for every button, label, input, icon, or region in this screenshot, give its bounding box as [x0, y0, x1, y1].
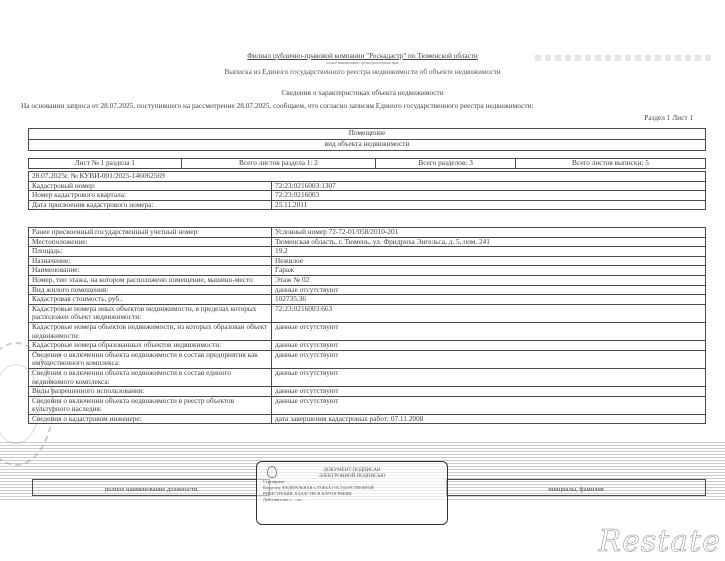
row-label: Кадастровая стоимость, руб.: — [29, 295, 272, 305]
emblem-icon — [267, 466, 277, 478]
table-row: Кадастровые номера иных объектов недвижи… — [29, 304, 706, 322]
row-value: данные отсутствуют — [272, 387, 706, 397]
extract-page: Филиал публично-правовой компании "Роска… — [0, 0, 725, 561]
row-label: Местоположение: — [29, 237, 272, 247]
section-title: Сведения о характеристиках объекта недви… — [0, 88, 725, 97]
table-row: Сведения о включении объекта недвижимост… — [29, 396, 706, 414]
stamp-line-1: ДОКУМЕНТ ПОДПИСАН — [257, 468, 447, 473]
table-row: Площадь:19.2 — [29, 247, 706, 257]
row-label: Сведения о включении объекта недвижимост… — [29, 350, 272, 368]
table-row: Назначение:Нежилое — [29, 256, 706, 266]
row-label: Ранее присвоенный государственный учетны… — [29, 228, 272, 238]
name-caption: инициалы, фамилия — [447, 480, 706, 496]
table-row: Номер, тип этажа, на котором расположено… — [29, 275, 706, 285]
table-row: Кадастровый номер:72:23:0216003:1307 — [29, 181, 706, 191]
identification-table: 28.07.2025г. № КУВИ-001/2025-146062569 К… — [28, 171, 706, 210]
row-value: данные отсутствуют — [272, 350, 706, 368]
table-row: Дата присвоения кадастрового номера:25.1… — [29, 200, 706, 210]
intro-text: На основании запроса от 28.07.2025, пост… — [21, 101, 533, 110]
table-row: Кадастровые номера образованных объектов… — [29, 341, 706, 351]
request-number: 28.07.2025г. № КУВИ-001/2025-146062569 — [29, 172, 706, 182]
row-value: Гараж — [272, 266, 706, 276]
row-value: данные отсутствуют — [272, 396, 706, 414]
electronic-signature-stamp: ДОКУМЕНТ ПОДПИСАН ЭЛЕКТРОННОЙ ПОДПИСЬЮ С… — [256, 461, 448, 525]
document-title: Выписка из Единого государственного реес… — [0, 67, 725, 76]
row-label: Виды разрешенного использования: — [29, 387, 272, 397]
row-value: Тюменская область, г. Тюмень, ул. Фридри… — [272, 237, 706, 247]
position-caption: полное наименование должности — [33, 480, 270, 496]
row-value: 102735.36 — [272, 295, 706, 305]
row-label: Кадастровые номера объектов недвижимости… — [29, 322, 272, 340]
object-type-table: Помещение вид объекта недвижимости — [28, 128, 706, 151]
table-row: Номер кадастрового квартала:72:23:021600… — [29, 191, 706, 201]
table-row: Кадастровая стоимость, руб.:102735.36 — [29, 295, 706, 305]
row-label: Площадь: — [29, 247, 272, 257]
table-row: Ранее присвоенный государственный учетны… — [29, 228, 706, 238]
characteristics-table: Ранее присвоенный государственный учетны… — [28, 227, 706, 424]
sheet-meta-table: Лист № 1 раздела 1 Всего листов раздела … — [28, 158, 706, 169]
object-type-caption: вид объекта недвижимости — [29, 140, 706, 151]
row-value: Нежилое — [272, 256, 706, 266]
restate-watermark: Restate — [599, 524, 722, 559]
row-value: Условный номер 72-72-01/058/2010-201 — [272, 228, 706, 238]
row-value: Этаж № 02 — [272, 275, 706, 285]
table-row: Сведения о включении объекта недвижимост… — [29, 368, 706, 386]
row-value: данные отсутствуют — [272, 285, 706, 295]
row-value: данные отсутствуют — [272, 368, 706, 386]
row-value: 72:23:0216003:1307 — [272, 181, 706, 191]
extract-sheets-total: Всего листов выписки: 5 — [515, 159, 705, 169]
row-label: Кадастровые номера образованных объектов… — [29, 341, 272, 351]
table-row: Сведения о включении объекта недвижимост… — [29, 350, 706, 368]
row-label: Номер, тип этажа, на котором расположено… — [29, 275, 272, 285]
row-label: Номер кадастрового квартала: — [29, 191, 272, 201]
row-value: 19.2 — [272, 247, 706, 257]
row-label: Сведения о кадастровом инженере: — [29, 414, 272, 424]
row-label: Дата присвоения кадастрового номера: — [29, 200, 272, 210]
row-value: данные отсутствуют — [272, 322, 706, 340]
row-label: Сведения о включении объекта недвижимост… — [29, 396, 272, 414]
table-row: Местоположение:Тюменская область, г. Тюм… — [29, 237, 706, 247]
stamp-line-6: Действителен: с ... по ... — [257, 497, 447, 503]
sections-total: Всего разделов: 3 — [376, 159, 515, 169]
row-value: 25.11.2011 — [272, 200, 706, 210]
organization-caption: полное наименование органа регистрации п… — [0, 61, 725, 65]
section-sheets-total: Всего листов раздела 1: 2 — [181, 159, 376, 169]
row-label: Кадастровые номера иных объектов недвижи… — [29, 304, 272, 322]
organization-name: Филиал публично-правовой компании "Роска… — [0, 52, 725, 60]
table-row: Вид жилого помещения:данные отсутствуют — [29, 285, 706, 295]
sheet-reference: Раздел 1 Лист 1 — [644, 113, 693, 122]
row-value: данные отсутствуют — [272, 341, 706, 351]
object-type: Помещение — [29, 129, 706, 140]
row-value: дата завершения кадастровых работ: 07.11… — [272, 414, 706, 424]
row-value: 72:23:0216003 — [272, 191, 706, 201]
row-label: Сведения о включении объекта недвижимост… — [29, 368, 272, 386]
table-row: Кадастровые номера объектов недвижимости… — [29, 322, 706, 340]
table-row: Виды разрешенного использования:данные о… — [29, 387, 706, 397]
table-row: Сведения о кадастровом инженере:дата зав… — [29, 414, 706, 424]
sheet-number: Лист № 1 раздела 1 — [29, 159, 182, 169]
row-value: 72:23:0216003:663 — [272, 304, 706, 322]
